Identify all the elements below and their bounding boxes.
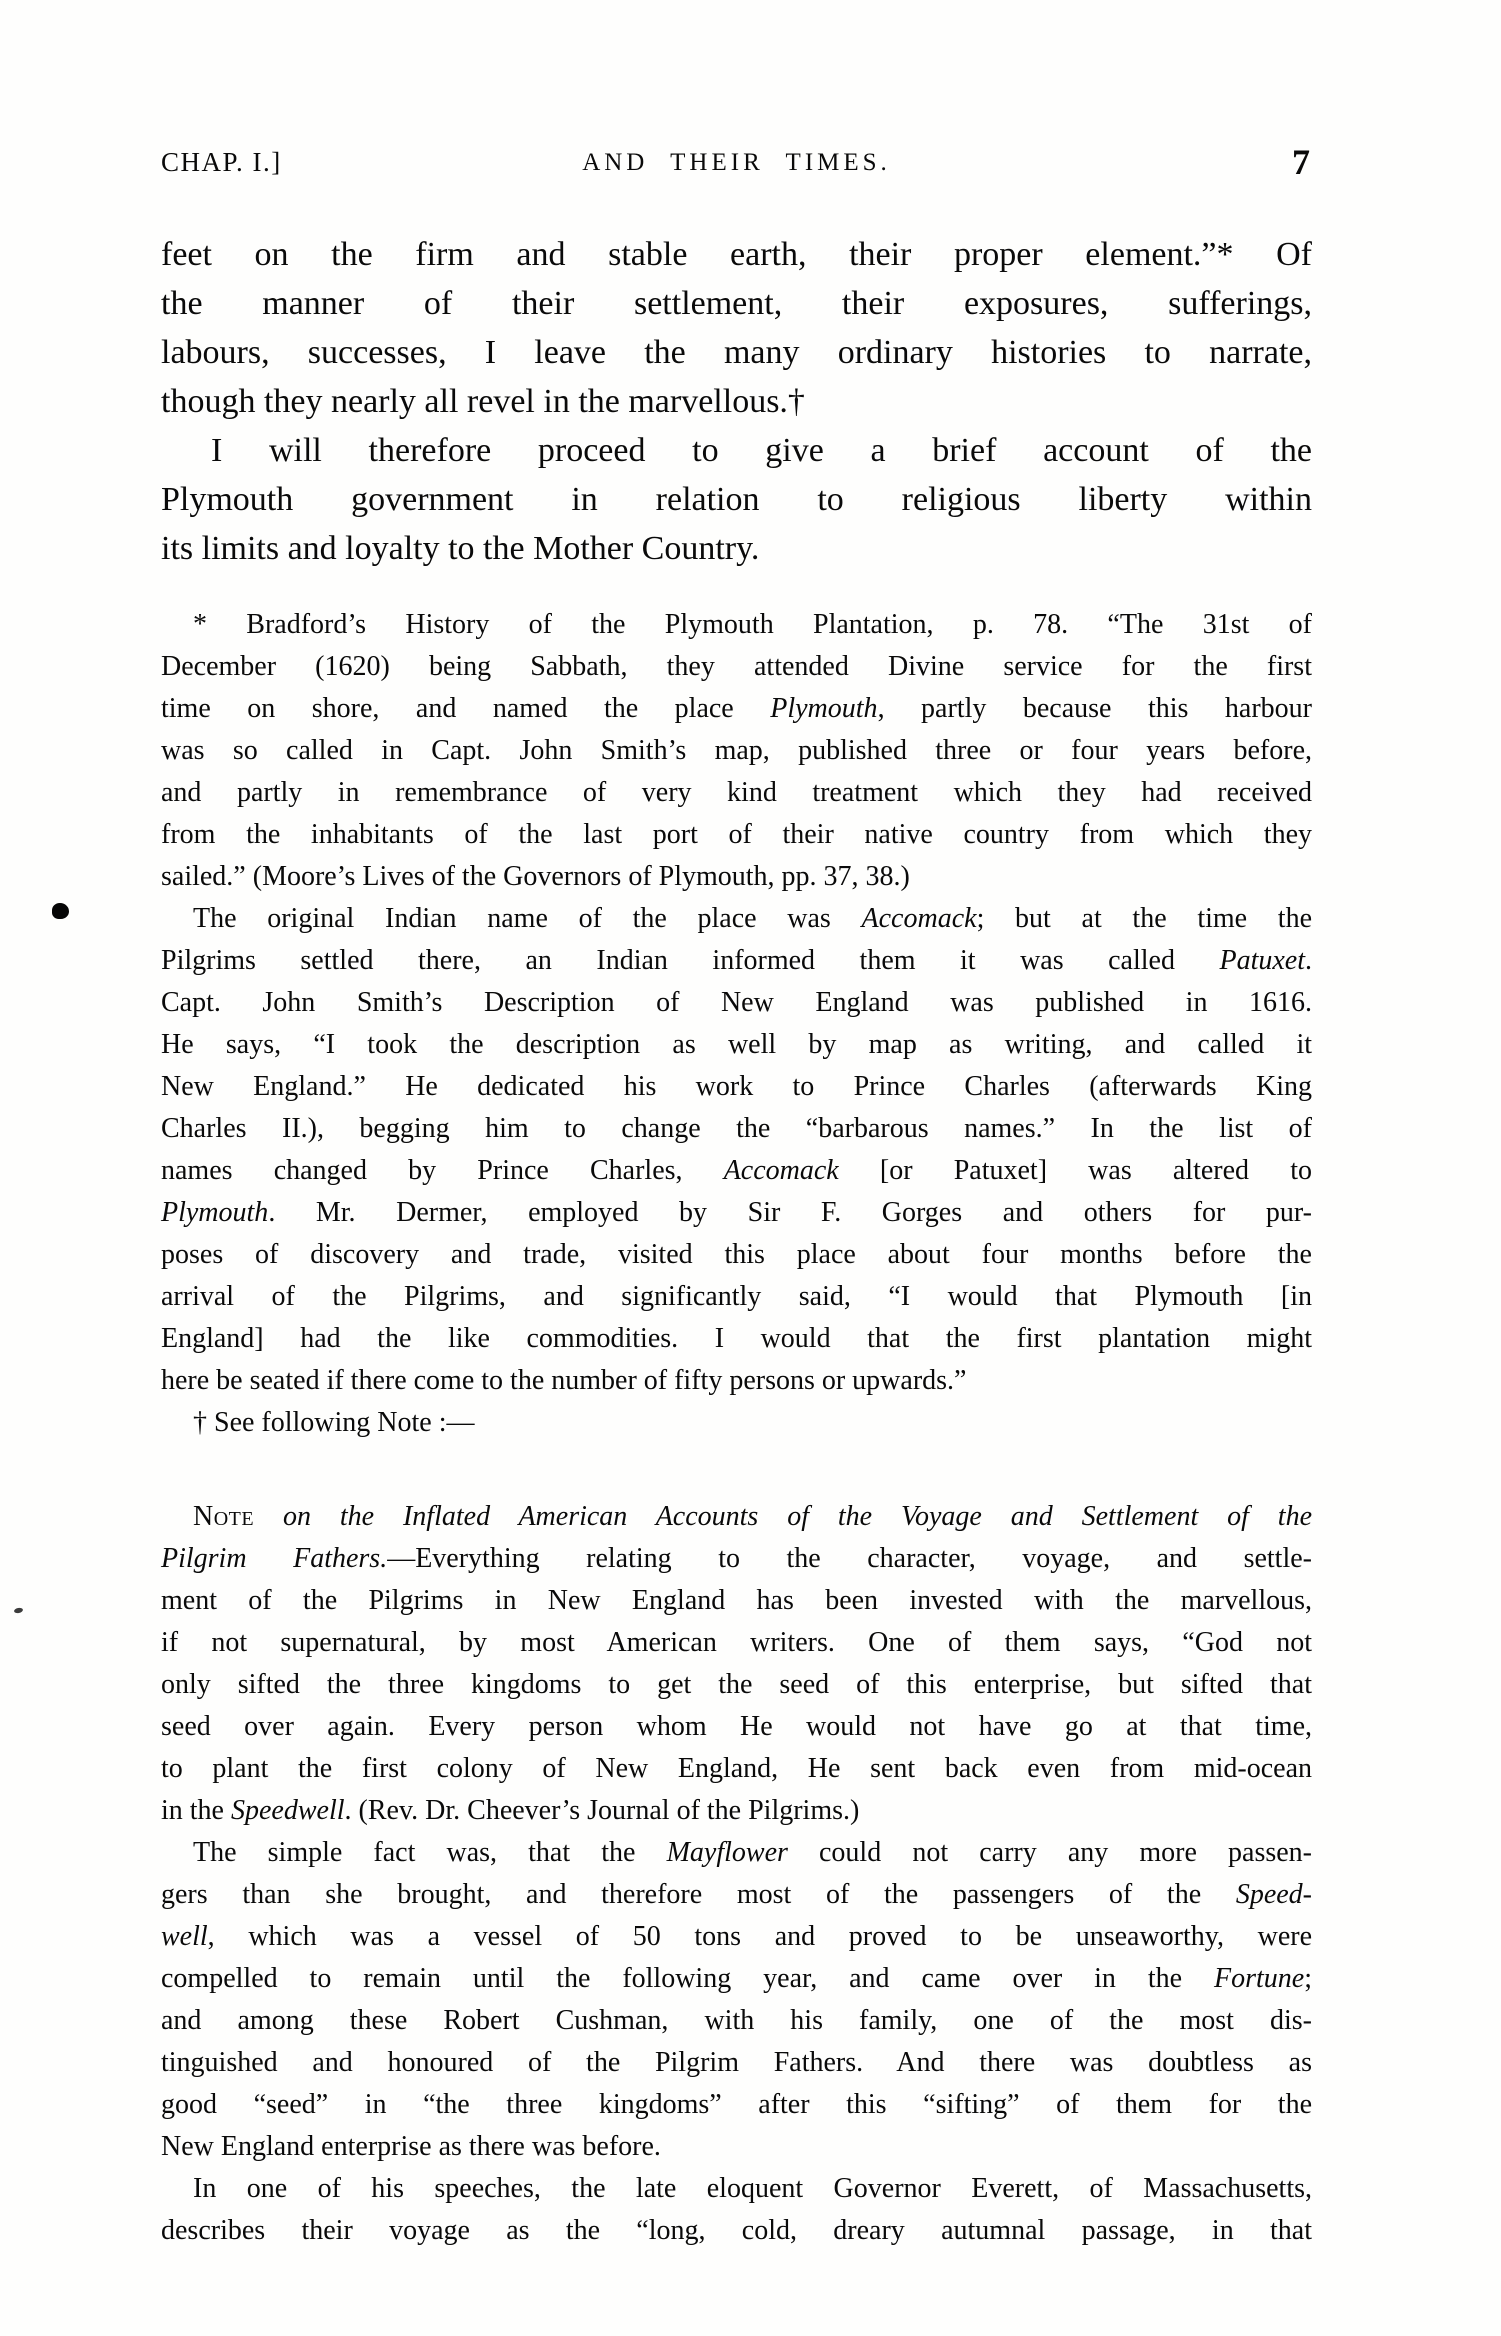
paragraph: The original Indian name of the place wa… — [161, 898, 1312, 1402]
text-line: and among these Robert Cushman, with his… — [161, 2000, 1312, 2042]
text-line: tinguished and honoured of the Pilgrim F… — [161, 2042, 1312, 2084]
text-line: time on shore, and named the place Plymo… — [161, 688, 1312, 730]
text-line: Note on the Inflated American Accounts o… — [161, 1496, 1312, 1538]
text-line: only sifted the three kingdoms to get th… — [161, 1664, 1312, 1706]
text-line: compelled to remain until the following … — [161, 1958, 1312, 2000]
text-line: England] had the like commodities. I wou… — [161, 1318, 1312, 1360]
text-line: was so called in Capt. John Smith’s map,… — [161, 730, 1312, 772]
main-text: feet on the firm and stable earth, their… — [161, 230, 1312, 573]
text-line: to plant the first colony of New England… — [161, 1748, 1312, 1790]
text-line: The original Indian name of the place wa… — [161, 898, 1312, 940]
text-line: from the inhabitants of the last port of… — [161, 814, 1312, 856]
text-line: The simple fact was, that the Mayflower … — [161, 1832, 1312, 1874]
text-line: New England enterprise as there was befo… — [161, 2126, 1312, 2168]
text-line: good “seed” in “the three kingdoms” afte… — [161, 2084, 1312, 2126]
text-line: * Bradford’s History of the Plymouth Pla… — [161, 604, 1312, 646]
paragraph: I will therefore proceed to give a brief… — [161, 426, 1312, 573]
text-line: the manner of their settlement, their ex… — [161, 279, 1312, 328]
text-line: Pilgrims settled there, an Indian inform… — [161, 940, 1312, 982]
text-line: well, which was a vessel of 50 tons and … — [161, 1916, 1312, 1958]
paragraph: † See following Note :— — [161, 1402, 1312, 1444]
text-line: In one of his speeches, the late eloquen… — [161, 2168, 1312, 2210]
text-line: Capt. John Smith’s Description of New En… — [161, 982, 1312, 1024]
text-line: December (1620) being Sabbath, they atte… — [161, 646, 1312, 688]
book-page: CHAP. I.] AND THEIR TIMES. 7 feet on the… — [0, 0, 1501, 2336]
paragraph: In one of his speeches, the late eloquen… — [161, 2168, 1312, 2252]
text-line: names changed by Prince Charles, Accomac… — [161, 1150, 1312, 1192]
text-line: Plymouth. Mr. Dermer, employed by Sir F.… — [161, 1192, 1312, 1234]
paragraph: Note on the Inflated American Accounts o… — [161, 1496, 1312, 1832]
text-line: here be seated if there come to the numb… — [161, 1360, 1312, 1402]
text-line: labours, successes, I leave the many ord… — [161, 328, 1312, 377]
text-line: sailed.” (Moore’s Lives of the Governors… — [161, 856, 1312, 898]
text-line: I will therefore proceed to give a brief… — [161, 426, 1312, 475]
text-line: poses of discovery and trade, visited th… — [161, 1234, 1312, 1276]
text-line: † See following Note :— — [161, 1402, 1312, 1444]
text-line: seed over again. Every person whom He wo… — [161, 1706, 1312, 1748]
text-line: in the Speedwell. (Rev. Dr. Cheever’s Jo… — [161, 1790, 1312, 1832]
paragraph: The simple fact was, that the Mayflower … — [161, 1832, 1312, 2168]
text-line: arrival of the Pilgrims, and significant… — [161, 1276, 1312, 1318]
text-line: describes their voyage as the “long, col… — [161, 2210, 1312, 2252]
ink-speck-mark — [14, 1607, 24, 1614]
page-number: 7 — [1292, 141, 1310, 183]
note-section: Note on the Inflated American Accounts o… — [161, 1496, 1312, 2252]
text-line: and partly in remembrance of very kind t… — [161, 772, 1312, 814]
text-line: ment of the Pilgrims in New England has … — [161, 1580, 1312, 1622]
text-line: if not supernatural, by most American wr… — [161, 1622, 1312, 1664]
ink-blot-mark — [52, 903, 69, 919]
page-header: CHAP. I.] AND THEIR TIMES. 7 — [161, 141, 1312, 187]
text-line: though they nearly all revel in the marv… — [161, 377, 1312, 426]
text-line: gers than she brought, and therefore mos… — [161, 1874, 1312, 1916]
paragraph: feet on the firm and stable earth, their… — [161, 230, 1312, 426]
text-line: its limits and loyalty to the Mother Cou… — [161, 524, 1312, 573]
text-line: Plymouth government in relation to relig… — [161, 475, 1312, 524]
footnotes: * Bradford’s History of the Plymouth Pla… — [161, 604, 1312, 1444]
text-line: Pilgrim Fathers.—Everything relating to … — [161, 1538, 1312, 1580]
paragraph: * Bradford’s History of the Plymouth Pla… — [161, 604, 1312, 898]
running-title: AND THEIR TIMES. — [161, 149, 1312, 177]
text-line: New England.” He dedicated his work to P… — [161, 1066, 1312, 1108]
text-line: He says, “I took the description as well… — [161, 1024, 1312, 1066]
text-line: feet on the firm and stable earth, their… — [161, 230, 1312, 279]
text-line: Charles II.), begging him to change the … — [161, 1108, 1312, 1150]
